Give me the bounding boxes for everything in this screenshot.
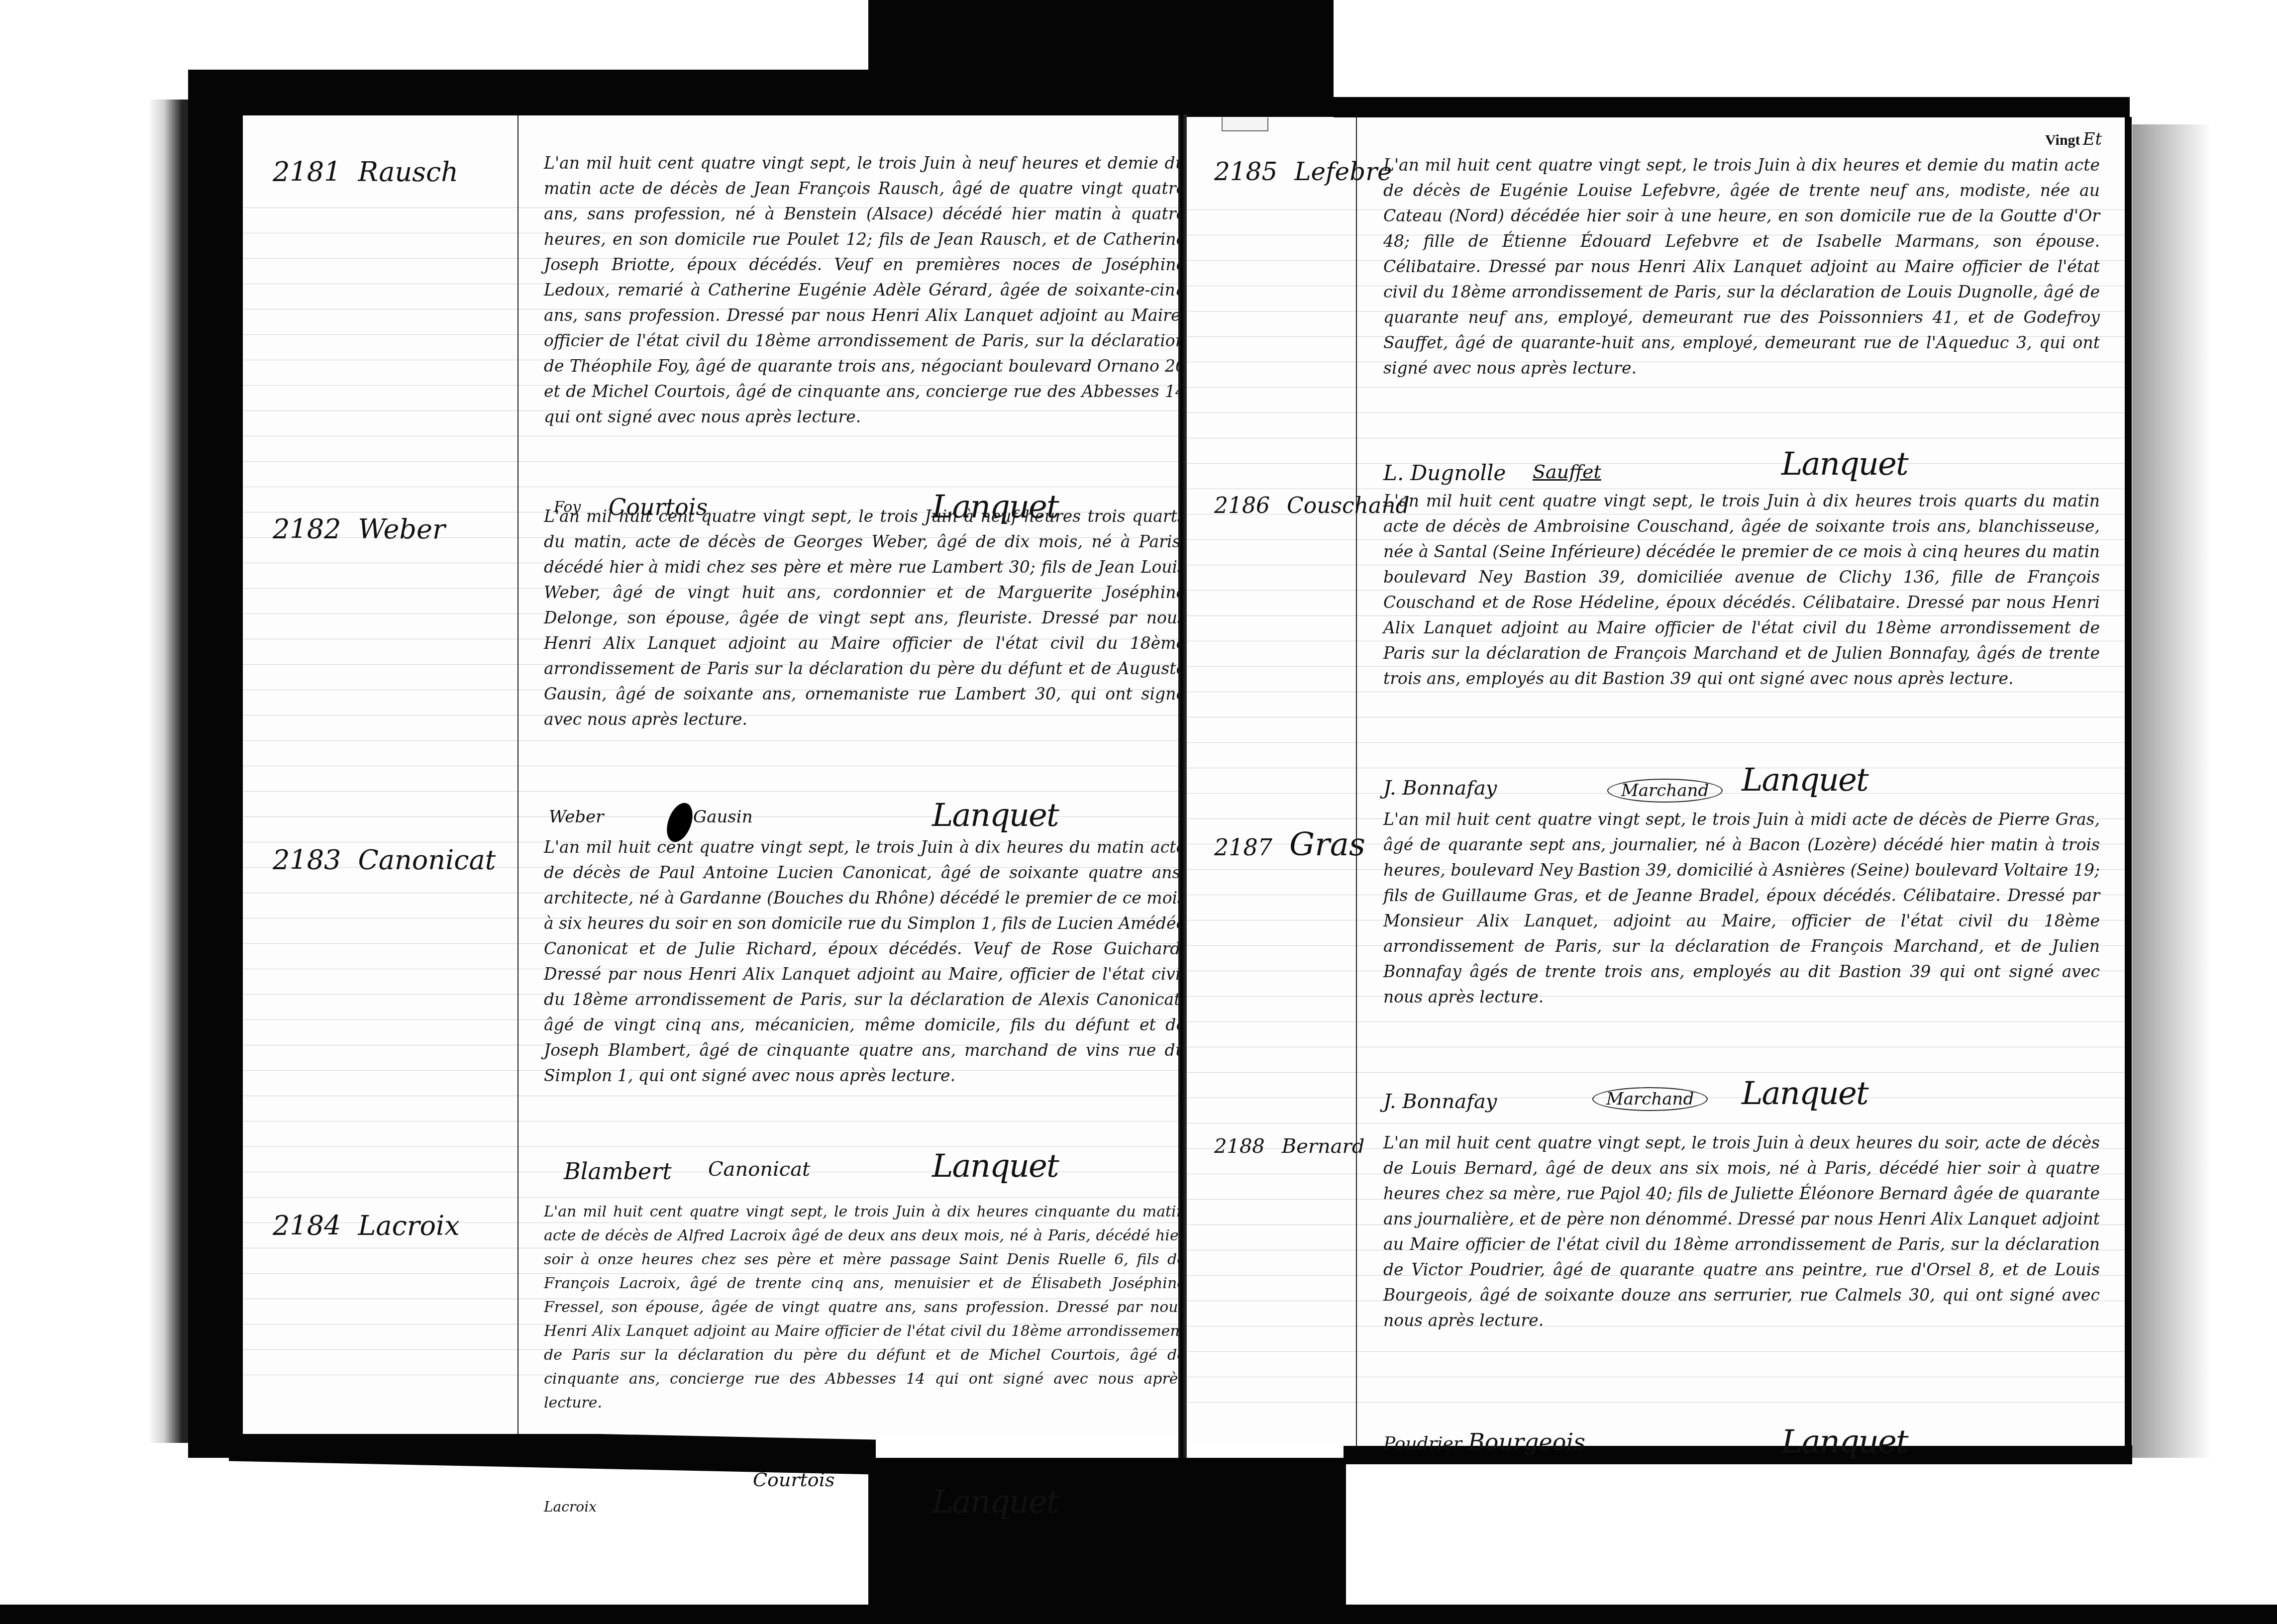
page-edge-shadow-right	[2132, 124, 2212, 1458]
entry-text: L'an mil huit cent quatre vingt sept, le…	[544, 504, 1186, 732]
signature: Weber	[549, 807, 604, 827]
entry-margin-label: 2183Canonicat	[273, 844, 531, 876]
book-cover-edge-shadow	[148, 100, 188, 1443]
paper-tab	[1222, 117, 1268, 131]
entry-text: L'an mil huit cent quatre vingt sept, le…	[544, 150, 1186, 429]
scanner-edge-bottom	[0, 1605, 2277, 1624]
signature: Canonicat	[708, 1158, 810, 1181]
entry-text: L'an mil huit cent quatre vingt sept, le…	[544, 1200, 1186, 1415]
signature: Lacroix	[544, 1499, 597, 1515]
officiant-signature: Lanquet	[932, 797, 1058, 834]
entry-surname: Lacroix	[358, 1210, 459, 1241]
signature: Blambert	[564, 1158, 672, 1185]
signature-row: Lacroix Courtois Lanquet	[544, 1479, 1186, 1519]
folio-handwritten: Et	[2083, 129, 2102, 149]
officiant-signature: Lanquet	[1781, 446, 1908, 483]
entry-surname: Lefebre	[1294, 157, 1392, 186]
signature: Sauffet	[1533, 461, 1601, 483]
signature-row: Poudrier Bourgeois Lanquet	[1383, 1423, 2100, 1463]
entry-margin-label: 2181Rausch	[273, 156, 531, 188]
signature: Marchand	[1607, 779, 1723, 803]
entry-number: 2182	[273, 513, 341, 545]
entry-surname: Bernard	[1282, 1135, 1365, 1158]
margin-column-line	[1356, 117, 1357, 1446]
left-page: 2181Rausch L'an mil huit cent quatre vin…	[243, 115, 1178, 1434]
officiant-signature: Lanquet	[1742, 762, 1868, 799]
folio-number: Vingt Et	[2045, 129, 2102, 149]
scanner-shadow-top	[868, 0, 1334, 117]
signature: J. Bonnafay	[1383, 777, 1497, 800]
signature: L. Dugnolle	[1383, 461, 1506, 485]
entry-number: 2184	[273, 1210, 341, 1241]
signature-row: Blambert Canonicat Lanquet	[544, 1153, 1186, 1193]
book-cover-top-right	[1334, 97, 2130, 119]
entry-surname: Weber	[358, 513, 445, 545]
signature: Gausin	[693, 807, 753, 827]
entry-surname: Gras	[1289, 826, 1365, 863]
signature: J. Bonnafay	[1383, 1090, 1497, 1113]
entry-surname: Rausch	[358, 156, 458, 188]
entry-margin-label: 2182Weber	[273, 513, 531, 545]
entry-margin-label: 2184Lacroix	[273, 1210, 531, 1241]
entry-surname: Canonicat	[358, 844, 496, 876]
signature: Marchand	[1592, 1087, 1708, 1111]
signature: Courtois	[753, 1469, 834, 1491]
officiant-signature: Lanquet	[932, 1484, 1058, 1521]
book-cover-top-left	[189, 70, 871, 117]
entry-text: L'an mil huit cent quatre vingt sept, le…	[1383, 488, 2100, 691]
officiant-signature: Lanquet	[932, 1148, 1058, 1185]
signature-row: J. Bonnafay Marchand Lanquet	[1383, 1080, 2100, 1120]
book-cover-left	[188, 70, 243, 1458]
entry-number: 2188	[1214, 1135, 1265, 1158]
entry-number: 2186	[1214, 493, 1270, 518]
signature-row: J. Bonnafay Marchand Lanquet	[1383, 767, 2100, 807]
entry-text: L'an mil huit cent quatre vingt sept, le…	[544, 834, 1186, 1088]
entry-number: 2187	[1214, 834, 1272, 861]
entry-text: L'an mil huit cent quatre vingt sept, le…	[1383, 1130, 2100, 1333]
entry-text: L'an mil huit cent quatre vingt sept, le…	[1383, 152, 2100, 381]
folio-printed: Vingt	[2045, 132, 2080, 148]
entry-number: 2181	[273, 156, 341, 188]
book-gutter	[1178, 114, 1187, 1458]
officiant-signature: Lanquet	[1742, 1075, 1868, 1112]
right-page: Vingt Et 2185Lefebre L'an mil huit cent …	[1187, 117, 2125, 1446]
page-edge-right	[2125, 117, 2132, 1455]
officiant-signature: Lanquet	[1781, 1423, 1908, 1460]
entry-number: 2185	[1214, 157, 1277, 186]
signature: Poudrier	[1383, 1433, 1462, 1454]
signature: Bourgeois	[1468, 1428, 1585, 1455]
entry-text: L'an mil huit cent quatre vingt sept, le…	[1383, 807, 2100, 1010]
entry-number: 2183	[273, 844, 341, 876]
